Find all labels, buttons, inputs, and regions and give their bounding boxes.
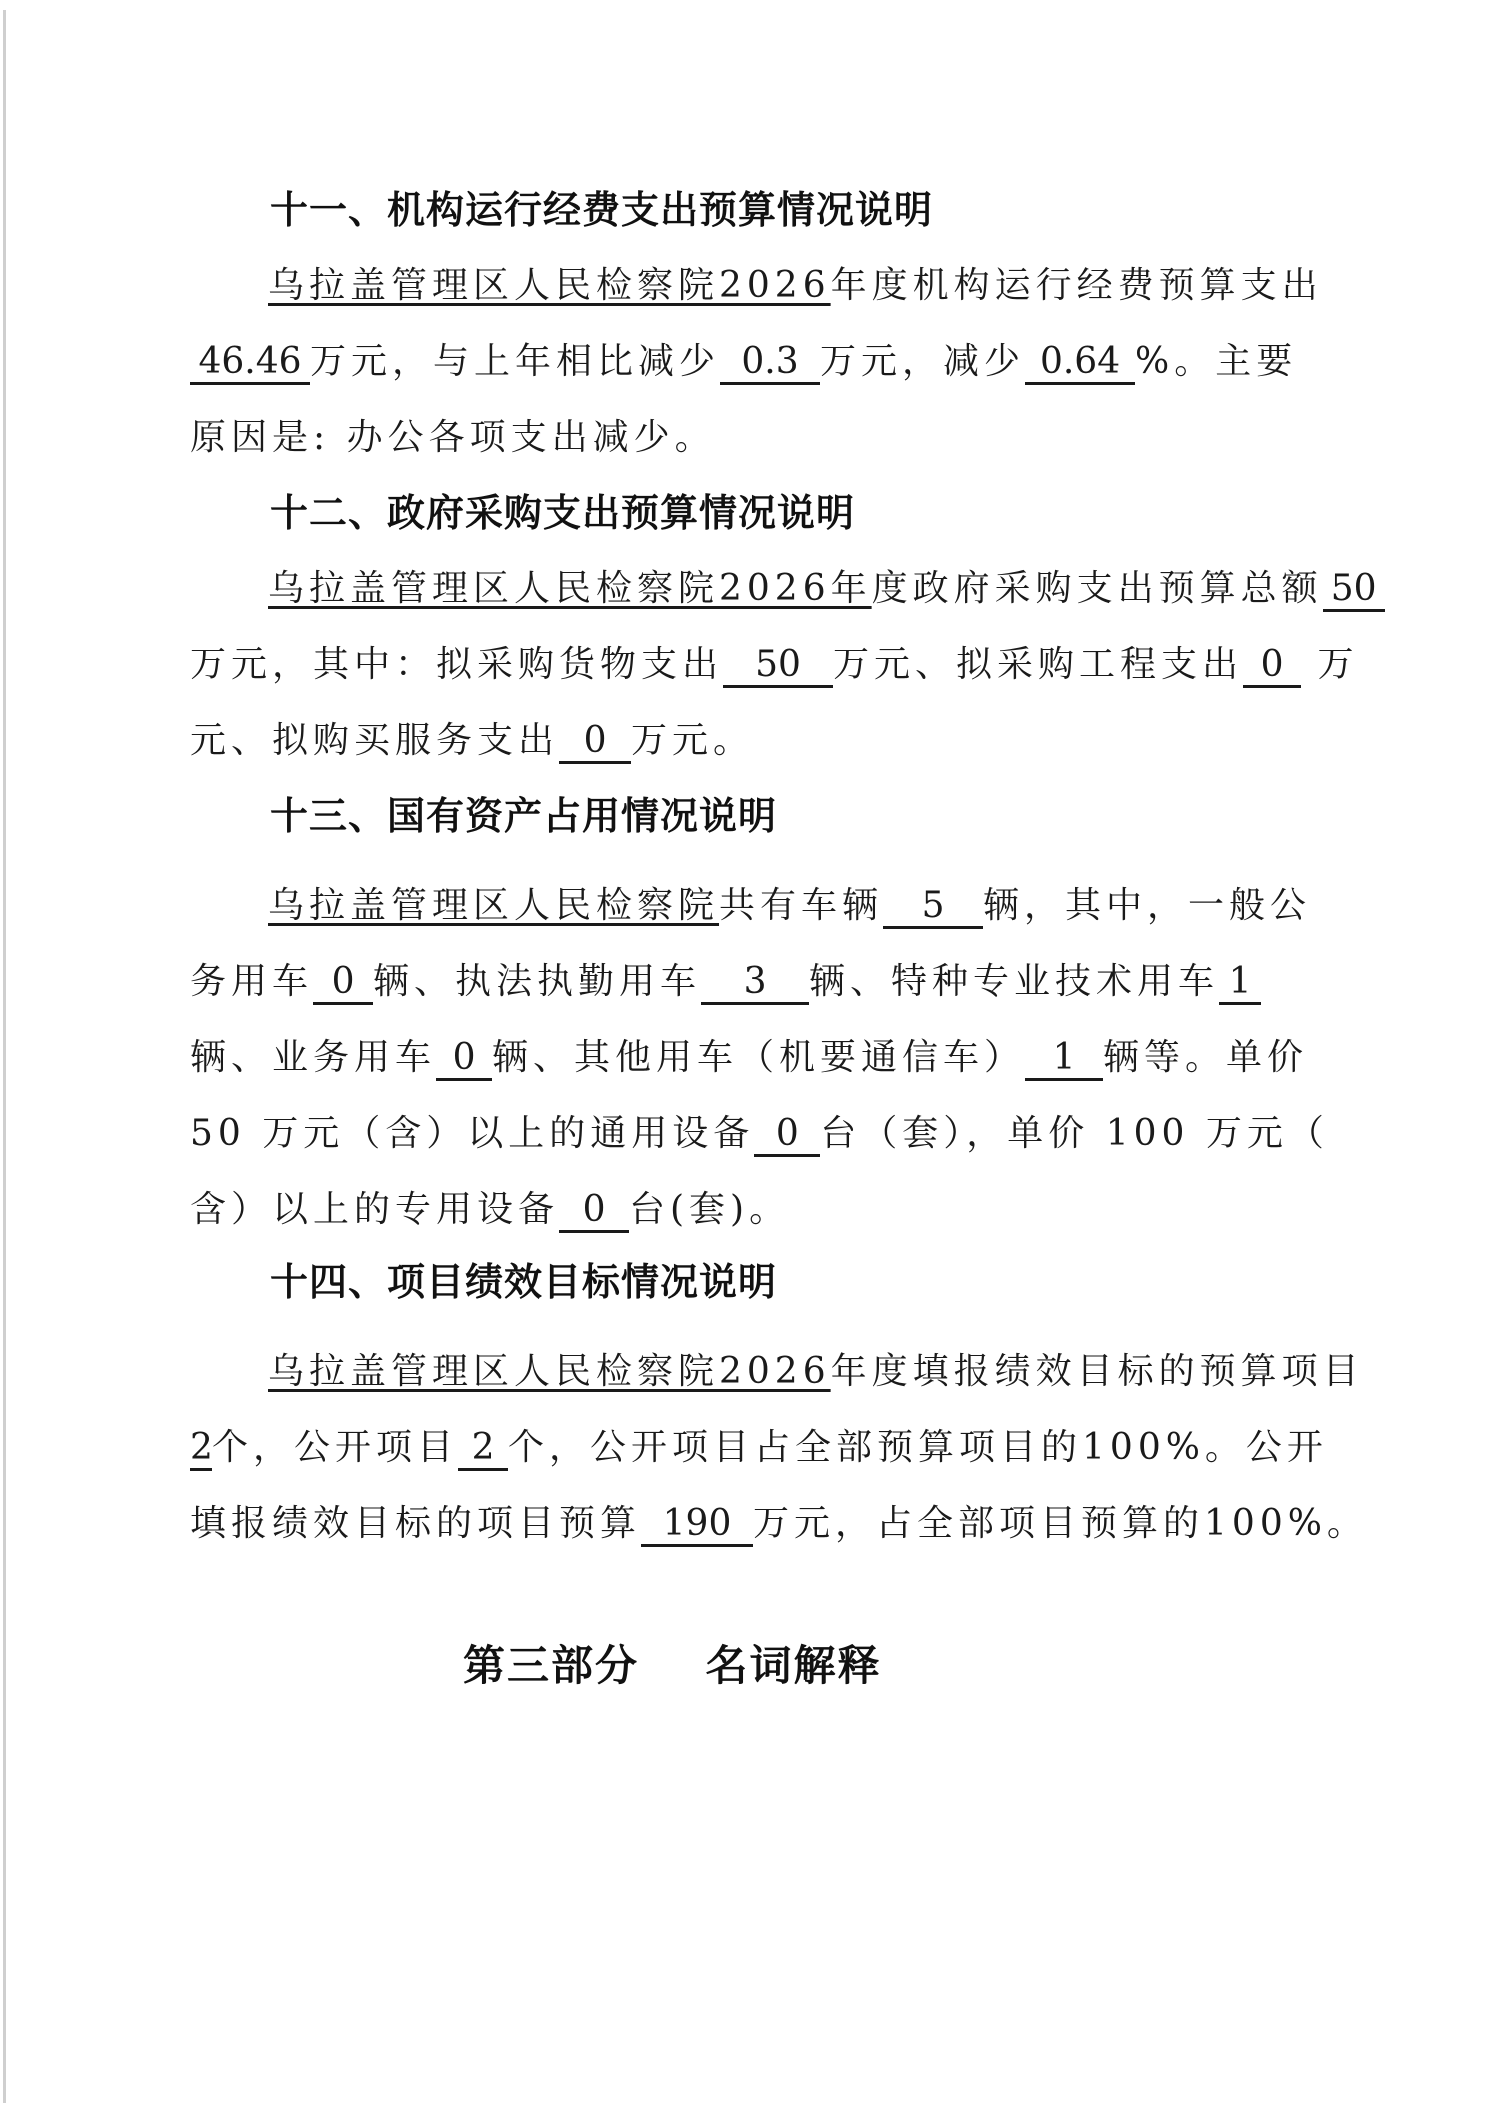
budget-projects-count: 2 xyxy=(190,1428,212,1471)
decrease-percent: 0.64 xyxy=(1025,342,1135,385)
text: 万元。 xyxy=(631,720,754,761)
text: 辆，其中，一般公 xyxy=(983,885,1311,926)
part-three-title: 第三部分 名词解释 xyxy=(463,1640,882,1692)
section-12-line-3: 元、拟购买服务支出0万元。 xyxy=(190,717,1310,765)
section-13-line-1: 乌拉盖管理区人民检察院共有车辆5辆，其中，一般公 xyxy=(268,882,1310,930)
special-equipment-count: 0 xyxy=(559,1190,629,1233)
section-11-heading: 十一、机构运行经费支出预算情况说明 xyxy=(270,186,933,234)
text: 万元，减少 xyxy=(820,341,1025,382)
section-13-line-2: 务用车0辆、执法执勤用车3辆、特种专业技术用车1 xyxy=(190,958,1310,1006)
text: 年度填报绩效目标的预算项目 xyxy=(831,1351,1364,1392)
text: 共有车辆 xyxy=(719,885,883,926)
text: 辆、特种专业技术用车 xyxy=(809,961,1219,1002)
decrease-amount: 0.3 xyxy=(720,342,820,385)
text: 填报绩效目标的项目预算 xyxy=(190,1503,641,1544)
scan-edge-line xyxy=(3,10,6,2103)
text: 元、拟购买服务支出 xyxy=(190,720,559,761)
text: 台（套），单价 100 万元（ xyxy=(820,1113,1329,1154)
business-vehicles: 0 xyxy=(436,1038,492,1081)
section-12-line-1: 乌拉盖管理区人民检察院2026年度政府采购支出预算总额50 xyxy=(268,565,1310,613)
section-13-line-4: 50 万元（含）以上的通用设备0台（套），单价 100 万元（ xyxy=(190,1110,1310,1158)
section-12-line-2: 万元，其中：拟采购货物支出50万元、拟采购工程支出0 万 xyxy=(190,641,1310,689)
vehicles-total: 5 xyxy=(883,886,983,929)
org-name-underlined: 乌拉盖管理区人民检察院2026 xyxy=(268,1351,831,1392)
section-11-line-2: 46.46万元，与上年相比减少0.3万元，减少0.64%。主要 xyxy=(190,338,1310,386)
text: 度政府采购支出预算总额 xyxy=(872,568,1323,609)
text: 万元、拟采购工程支出 xyxy=(833,644,1243,685)
section-14-line-1: 乌拉盖管理区人民检察院2026年度填报绩效目标的预算项目 xyxy=(268,1348,1310,1396)
text: 辆、其他用车（机要通信车） xyxy=(492,1037,1025,1078)
text: 辆等。单价 xyxy=(1103,1037,1308,1078)
text: 万元，占全部项目预算的100%。 xyxy=(753,1503,1368,1544)
text: 万元，与上年相比减少 xyxy=(310,341,720,382)
text: 个，公开项目 xyxy=(212,1427,458,1468)
public-projects-count: 2 xyxy=(458,1428,508,1471)
services-amount: 0 xyxy=(559,721,631,764)
goods-amount: 50 xyxy=(723,645,833,688)
text: 含）以上的专用设备 xyxy=(190,1189,559,1230)
text: 务用车 xyxy=(190,961,313,1002)
org-name-underlined: 乌拉盖管理区人民检察院2026年 xyxy=(268,568,872,609)
procurement-total: 50 xyxy=(1323,569,1385,612)
section-13-line-5: 含）以上的专用设备0台(套)。 xyxy=(190,1186,1310,1234)
project-budget-amount: 190 xyxy=(641,1504,753,1547)
section-14-line-3: 填报绩效目标的项目预算190万元，占全部项目预算的100%。 xyxy=(190,1500,1310,1548)
org-name-underlined: 乌拉盖管理区人民检察院2026 xyxy=(268,265,831,306)
text: 台(套)。 xyxy=(629,1189,790,1230)
text: %。主要 xyxy=(1135,341,1297,382)
section-13-line-3: 辆、业务用车0辆、其他用车（机要通信车）1辆等。单价 xyxy=(190,1034,1310,1082)
text: 辆、业务用车 xyxy=(190,1037,436,1078)
section-12-heading: 十二、政府采购支出预算情况说明 xyxy=(270,489,855,537)
general-vehicles: 0 xyxy=(313,962,373,1005)
text: 个，公开项目占全部预算项目的100%。公开 xyxy=(508,1427,1328,1468)
general-equipment-count: 0 xyxy=(754,1114,820,1157)
section-11-line-1: 乌拉盖管理区人民检察院2026年度机构运行经费预算支出 xyxy=(268,262,1310,310)
text: 万元，其中：拟采购货物支出 xyxy=(190,644,723,685)
operating-expense-amount: 46.46 xyxy=(190,342,310,385)
section-13-heading: 十三、国有资产占用情况说明 xyxy=(270,792,777,840)
text: 辆、执法执勤用车 xyxy=(373,961,701,1002)
law-enforcement-vehicles: 3 xyxy=(701,962,809,1005)
section-14-heading: 十四、项目绩效目标情况说明 xyxy=(270,1258,777,1306)
text: 万 xyxy=(1317,644,1358,685)
section-11-line-3: 原因是: 办公各项支出减少。 xyxy=(190,414,1310,462)
org-name-underlined: 乌拉盖管理区人民检察院 xyxy=(268,885,719,926)
special-tech-vehicles: 1 xyxy=(1219,962,1261,1005)
text: 50 万元（含）以上的通用设备 xyxy=(190,1113,754,1154)
other-vehicles: 1 xyxy=(1025,1038,1103,1081)
works-amount: 0 xyxy=(1243,645,1301,688)
text: 年度机构运行经费预算支出 xyxy=(831,265,1323,306)
section-14-line-2: 2个，公开项目2个，公开项目占全部预算项目的100%。公开 xyxy=(190,1424,1310,1472)
